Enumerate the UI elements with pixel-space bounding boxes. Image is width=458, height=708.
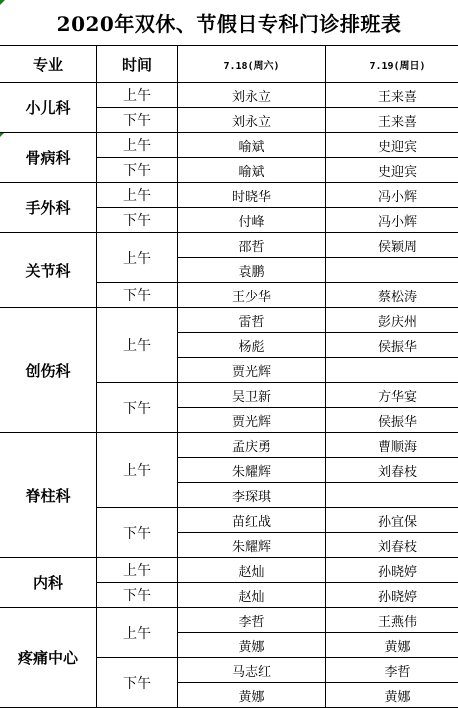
- doctor-cell-day2[interactable]: 孙晓婷: [326, 558, 458, 583]
- schedule-table: 专业 时间 7.18(周六) 7.19(周日) 小儿科上午刘永立王来喜下午刘永立…: [0, 45, 458, 708]
- session-cell-am[interactable]: 上午: [97, 183, 178, 208]
- doctor-cell-day1[interactable]: 孟庆勇: [178, 433, 326, 458]
- department-cell[interactable]: 手外科: [0, 183, 97, 233]
- table-row: 疼痛中心上午李哲王燕伟: [0, 608, 458, 633]
- session-cell-pm[interactable]: 下午: [97, 583, 178, 608]
- session-cell-pm[interactable]: 下午: [97, 508, 178, 558]
- doctor-cell-day1[interactable]: 黄娜: [178, 683, 326, 708]
- department-cell[interactable]: 关节科: [0, 233, 97, 308]
- doctor-cell-day2[interactable]: 黄娜: [326, 683, 458, 708]
- session-cell-pm[interactable]: 下午: [97, 108, 178, 133]
- table-row: 关节科上午邵哲侯颖周: [0, 233, 458, 258]
- doctor-cell-day2[interactable]: 曹顺海: [326, 433, 458, 458]
- session-cell-am[interactable]: 上午: [97, 558, 178, 583]
- doctor-cell-day2[interactable]: 王来喜: [326, 108, 458, 133]
- doctor-cell-day1[interactable]: 喻斌: [178, 158, 326, 183]
- session-cell-am[interactable]: 上午: [97, 608, 178, 658]
- doctor-cell-day2[interactable]: 王来喜: [326, 83, 458, 108]
- doctor-cell-day2[interactable]: 史迎宾: [326, 158, 458, 183]
- department-cell[interactable]: 小儿科: [0, 83, 97, 133]
- doctor-cell-day1[interactable]: 王少华: [178, 283, 326, 308]
- doctor-cell-day1[interactable]: 赵灿: [178, 558, 326, 583]
- table-row: 手外科上午时晓华冯小辉: [0, 183, 458, 208]
- session-cell-pm[interactable]: 下午: [97, 283, 178, 308]
- department-cell[interactable]: 脊柱科: [0, 433, 97, 558]
- doctor-cell-day1[interactable]: 刘永立: [178, 108, 326, 133]
- department-cell[interactable]: 创伤科: [0, 308, 97, 433]
- doctor-cell-day2[interactable]: 孙晓婷: [326, 583, 458, 608]
- doctor-cell-day1[interactable]: 喻斌: [178, 133, 326, 158]
- session-cell-am[interactable]: 上午: [97, 433, 178, 508]
- table-row: 脊柱科上午孟庆勇曹顺海: [0, 433, 458, 458]
- table-row: 小儿科上午刘永立王来喜: [0, 83, 458, 108]
- doctor-cell-day2[interactable]: 刘春枝: [326, 458, 458, 483]
- doctor-cell-day1[interactable]: 袁鹏: [178, 258, 326, 283]
- doctor-cell-day2[interactable]: [326, 258, 458, 283]
- doctor-cell-day2[interactable]: 彭庆州: [326, 308, 458, 333]
- doctor-cell-day1[interactable]: 雷哲: [178, 308, 326, 333]
- doctor-cell-day2[interactable]: [326, 483, 458, 508]
- department-cell[interactable]: 疼痛中心: [0, 608, 97, 708]
- doctor-cell-day2[interactable]: 侯颖周: [326, 233, 458, 258]
- doctor-cell-day2[interactable]: 刘春枝: [326, 533, 458, 558]
- session-cell-am[interactable]: 上午: [97, 83, 178, 108]
- doctor-cell-day1[interactable]: 黄娜: [178, 633, 326, 658]
- doctor-cell-day2[interactable]: 王燕伟: [326, 608, 458, 633]
- table-row: 内科上午赵灿孙晓婷: [0, 558, 458, 583]
- doctor-cell-day1[interactable]: 刘永立: [178, 83, 326, 108]
- doctor-cell-day2[interactable]: [326, 358, 458, 383]
- doctor-cell-day2[interactable]: 黄娜: [326, 633, 458, 658]
- doctor-cell-day1[interactable]: 朱耀辉: [178, 458, 326, 483]
- doctor-cell-day1[interactable]: 朱耀辉: [178, 533, 326, 558]
- header-row: 专业 时间 7.18(周六) 7.19(周日): [0, 46, 458, 83]
- doctor-cell-day1[interactable]: 赵灿: [178, 583, 326, 608]
- doctor-cell-day1[interactable]: 马志红: [178, 658, 326, 683]
- header-specialty[interactable]: 专业: [0, 46, 97, 83]
- doctor-cell-day1[interactable]: 贾光辉: [178, 408, 326, 433]
- doctor-cell-day1[interactable]: 苗红战: [178, 508, 326, 533]
- table-row: 创伤科上午雷哲彭庆州: [0, 308, 458, 333]
- doctor-cell-day2[interactable]: 蔡松涛: [326, 283, 458, 308]
- doctor-cell-day1[interactable]: 吴卫新: [178, 383, 326, 408]
- doctor-cell-day1[interactable]: 贾光辉: [178, 358, 326, 383]
- doctor-cell-day1[interactable]: 时晓华: [178, 183, 326, 208]
- session-cell-pm[interactable]: 下午: [97, 658, 178, 708]
- schedule-body: 小儿科上午刘永立王来喜下午刘永立王来喜骨病科上午喻斌史迎宾下午喻斌史迎宾手外科上…: [0, 83, 458, 708]
- session-cell-am[interactable]: 上午: [97, 308, 178, 383]
- doctor-cell-day2[interactable]: 冯小辉: [326, 208, 458, 233]
- session-cell-pm[interactable]: 下午: [97, 158, 178, 183]
- doctor-cell-day2[interactable]: 侯振华: [326, 333, 458, 358]
- doctor-cell-day1[interactable]: 李琛琪: [178, 483, 326, 508]
- doctor-cell-day2[interactable]: 冯小辉: [326, 183, 458, 208]
- page-title: 2020年双休、节假日专科门诊排班表: [0, 0, 458, 45]
- doctor-cell-day1[interactable]: 李哲: [178, 608, 326, 633]
- session-cell-pm[interactable]: 下午: [97, 383, 178, 433]
- doctor-cell-day2[interactable]: 李哲: [326, 658, 458, 683]
- table-row: 骨病科上午喻斌史迎宾: [0, 133, 458, 158]
- doctor-cell-day2[interactable]: 侯振华: [326, 408, 458, 433]
- doctor-cell-day1[interactable]: 付峰: [178, 208, 326, 233]
- department-cell[interactable]: 内科: [0, 558, 97, 608]
- header-day2[interactable]: 7.19(周日): [326, 46, 458, 83]
- department-cell[interactable]: 骨病科: [0, 133, 97, 183]
- session-cell-am[interactable]: 上午: [97, 133, 178, 158]
- doctor-cell-day2[interactable]: 史迎宾: [326, 133, 458, 158]
- doctor-cell-day2[interactable]: 孙宜保: [326, 508, 458, 533]
- doctor-cell-day2[interactable]: 方华宴: [326, 383, 458, 408]
- session-cell-pm[interactable]: 下午: [97, 208, 178, 233]
- session-cell-am[interactable]: 上午: [97, 233, 178, 283]
- header-day1[interactable]: 7.18(周六): [178, 46, 326, 83]
- doctor-cell-day1[interactable]: 杨彪: [178, 333, 326, 358]
- doctor-cell-day1[interactable]: 邵哲: [178, 233, 326, 258]
- header-time[interactable]: 时间: [97, 46, 178, 83]
